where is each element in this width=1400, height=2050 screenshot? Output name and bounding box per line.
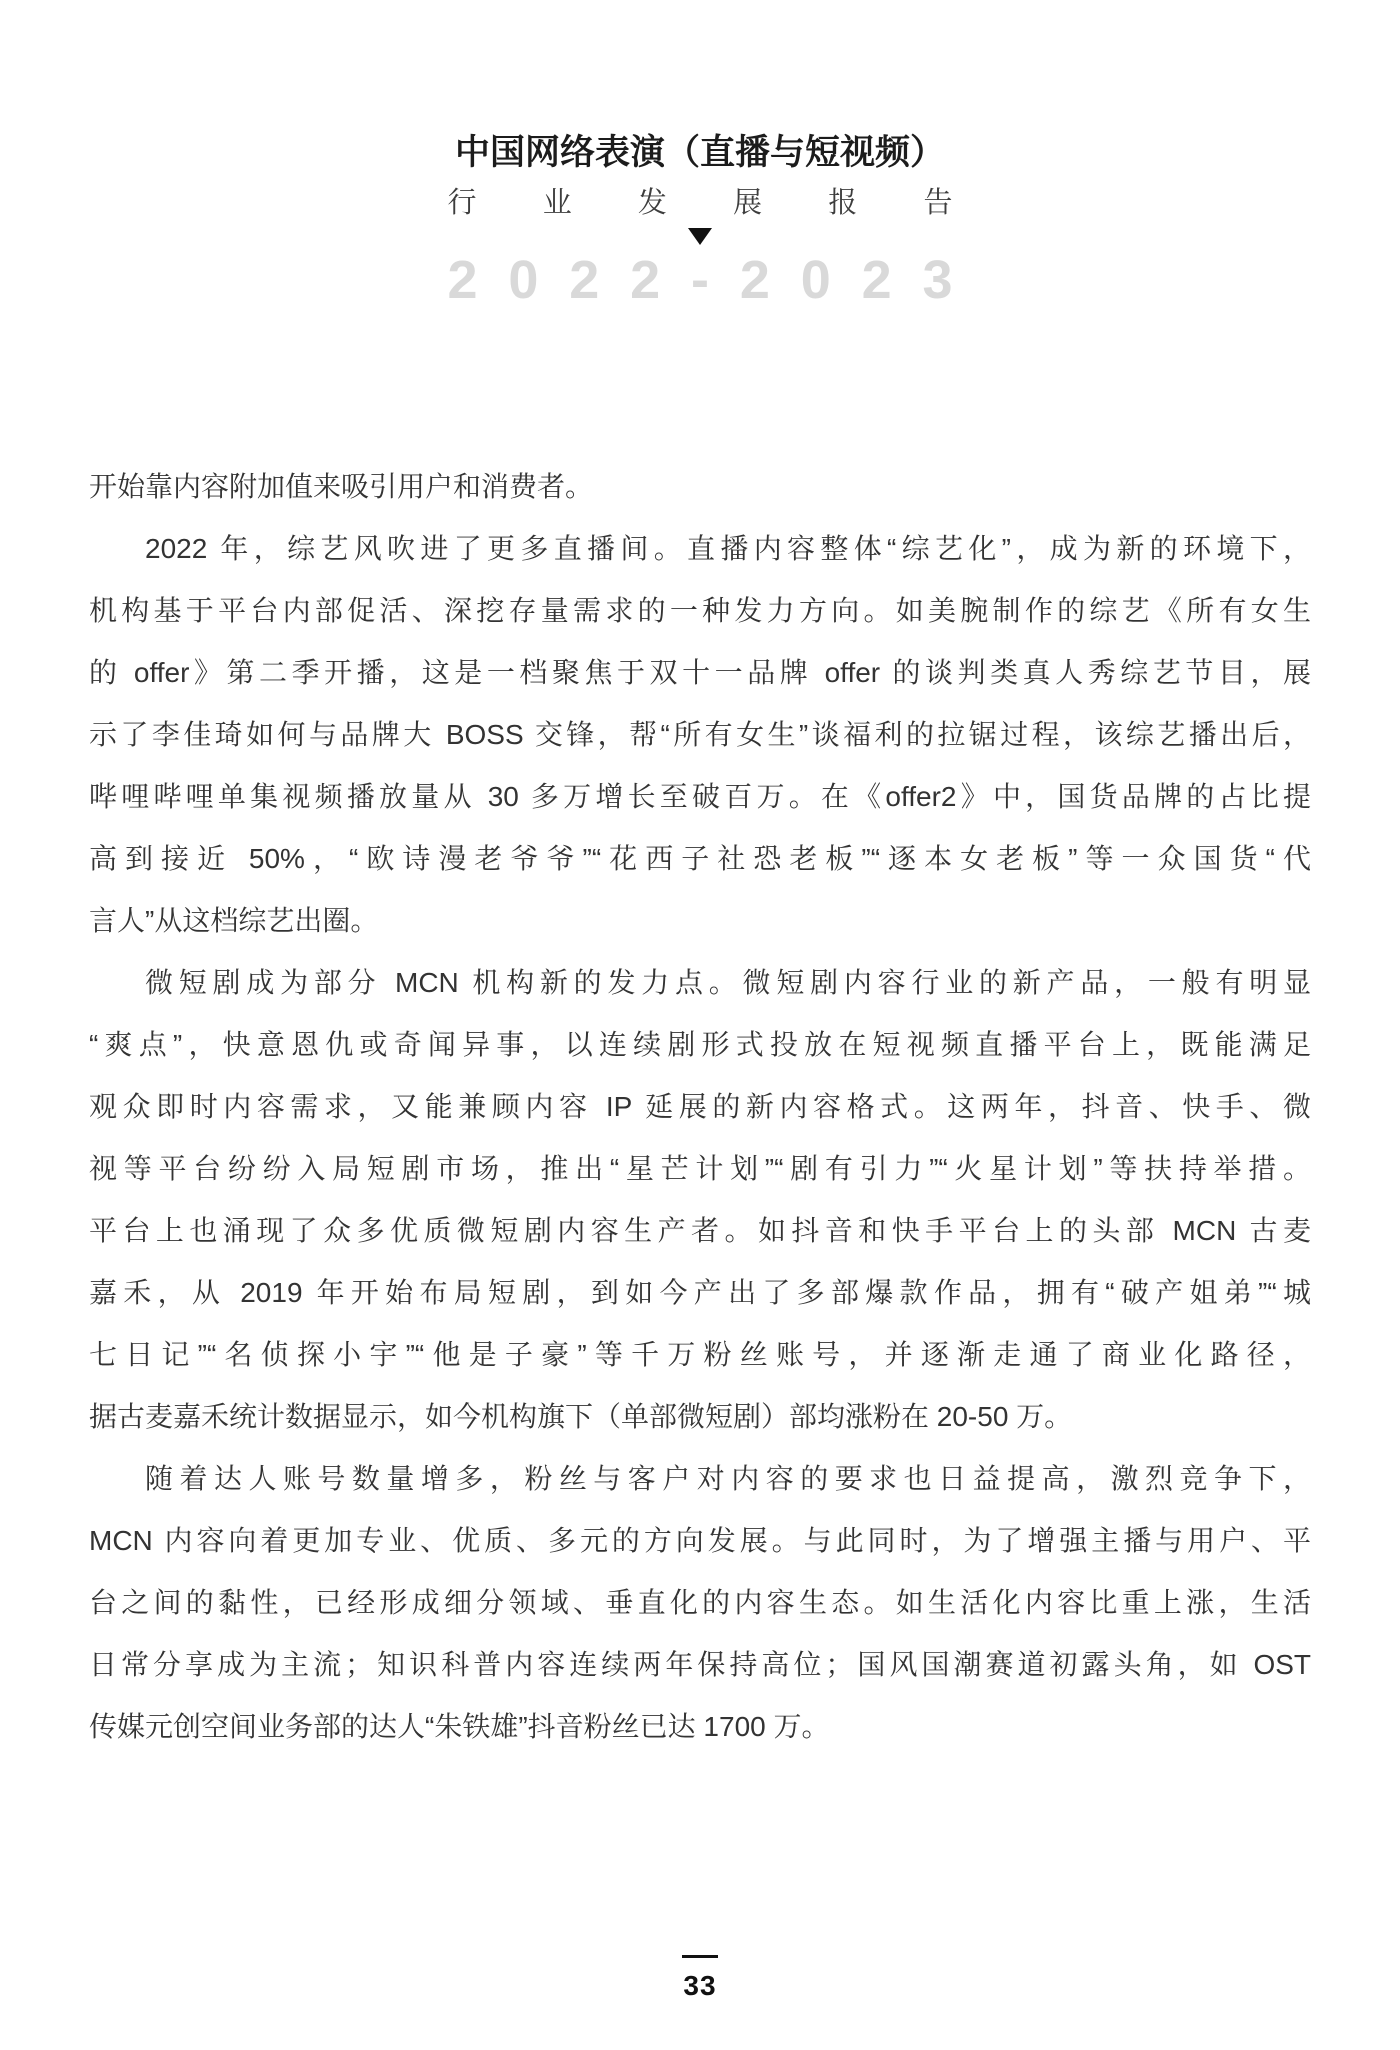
year-char: 0 bbox=[801, 252, 831, 308]
body-line: MCN 内容向着更加专业、优质、多元的方向发展。与此同时，为了增强主播与用户、平 bbox=[89, 1510, 1311, 1572]
footer-rule bbox=[682, 1955, 718, 1958]
body-line: 台之间的黏性，已经形成细分领域、垂直化的内容生态。如生活化内容比重上涨，生活 bbox=[89, 1572, 1311, 1634]
down-triangle-icon bbox=[688, 228, 712, 245]
year-char: 2 bbox=[448, 252, 478, 308]
subtitle-char: 展 bbox=[733, 186, 762, 220]
year-char: 2 bbox=[740, 252, 770, 308]
body-line: 观众即时内容需求，又能兼顾内容 IP 延展的新内容格式。这两年，抖音、快手、微 bbox=[89, 1076, 1311, 1138]
body-text: 开始靠内容附加值来吸引用户和消费者。 2022 年，综艺风吹进了更多直播间。直播… bbox=[89, 456, 1311, 1758]
subtitle-char: 发 bbox=[638, 186, 667, 220]
subtitle-char: 报 bbox=[828, 186, 857, 220]
year-char: - bbox=[691, 252, 709, 308]
year-char: 0 bbox=[508, 252, 538, 308]
subtitle-char: 告 bbox=[923, 186, 952, 220]
report-year: 2 0 2 2 - 2 0 2 3 bbox=[448, 252, 953, 308]
body-line: 据古麦嘉禾统计数据显示，如今机构旗下（单部微短剧）部均涨粉在 20-50 万。 bbox=[89, 1386, 1311, 1448]
body-line: 的 offer》第二季开播，这是一档聚焦于双十一品牌 offer 的谈判类真人秀… bbox=[89, 642, 1311, 704]
subtitle-char: 业 bbox=[543, 186, 572, 220]
page-header: 中国网络表演（直播与短视频） 行 业 发 展 报 告 2 0 2 2 - 2 0… bbox=[448, 0, 953, 308]
body-line: 高到接近 50%，“欧诗漫老爷爷”“花西子社恐老板”“逐本女老板”等一众国货“代 bbox=[89, 828, 1311, 890]
body-line: 哔哩哔哩单集视频播放量从 30 多万增长至破百万。在《offer2》中，国货品牌… bbox=[89, 766, 1311, 828]
report-page: 中国网络表演（直播与短视频） 行 业 发 展 报 告 2 0 2 2 - 2 0… bbox=[0, 0, 1400, 2050]
body-line: 示了李佳琦如何与品牌大 BOSS 交锋，帮“所有女生”谈福利的拉锯过程，该综艺播… bbox=[89, 704, 1311, 766]
body-line: 嘉禾，从 2019 年开始布局短剧，到如今产出了多部爆款作品，拥有“破产姐弟”“… bbox=[89, 1262, 1311, 1324]
body-line: 机构基于平台内部促活、深挖存量需求的一种发力方向。如美腕制作的综艺《所有女生 bbox=[89, 580, 1311, 642]
page-footer: 33 bbox=[0, 1955, 1400, 2002]
body-line: “爽点”，快意恩仇或奇闻异事，以连续剧形式投放在短视频直播平台上，既能满足 bbox=[89, 1014, 1311, 1076]
year-char: 3 bbox=[922, 252, 952, 308]
body-line: 随着达人账号数量增多，粉丝与客户对内容的要求也日益提高，激烈竞争下， bbox=[89, 1448, 1311, 1510]
subtitle-char: 行 bbox=[448, 186, 477, 220]
body-line: 言人”从这档综艺出圈。 bbox=[89, 890, 1311, 952]
triangle-wrap bbox=[448, 228, 953, 246]
body-line: 2022 年，综艺风吹进了更多直播间。直播内容整体“综艺化”，成为新的环境下， bbox=[89, 518, 1311, 580]
year-char: 2 bbox=[569, 252, 599, 308]
body-line: 传媒元创空间业务部的达人“朱铁雄”抖音粉丝已达 1700 万。 bbox=[89, 1696, 1311, 1758]
body-line: 开始靠内容附加值来吸引用户和消费者。 bbox=[89, 456, 1311, 518]
body-line: 视等平台纷纷入局短剧市场，推出“星芒计划”“剧有引力”“火星计划”等扶持举措。 bbox=[89, 1138, 1311, 1200]
body-line: 七日记”“名侦探小宇”“他是子豪”等千万粉丝账号，并逐渐走通了商业化路径， bbox=[89, 1324, 1311, 1386]
year-char: 2 bbox=[630, 252, 660, 308]
year-char: 2 bbox=[862, 252, 892, 308]
report-subtitle: 行 业 发 展 报 告 bbox=[448, 186, 953, 220]
body-line: 微短剧成为部分 MCN 机构新的发力点。微短剧内容行业的新产品，一般有明显 bbox=[89, 952, 1311, 1014]
report-title: 中国网络表演（直播与短视频） bbox=[448, 132, 953, 174]
body-line: 日常分享成为主流；知识科普内容连续两年保持高位；国风国潮赛道初露头角，如 OST bbox=[89, 1634, 1311, 1696]
page-number: 33 bbox=[0, 1970, 1400, 2002]
body-line: 平台上也涌现了众多优质微短剧内容生产者。如抖音和快手平台上的头部 MCN 古麦 bbox=[89, 1200, 1311, 1262]
